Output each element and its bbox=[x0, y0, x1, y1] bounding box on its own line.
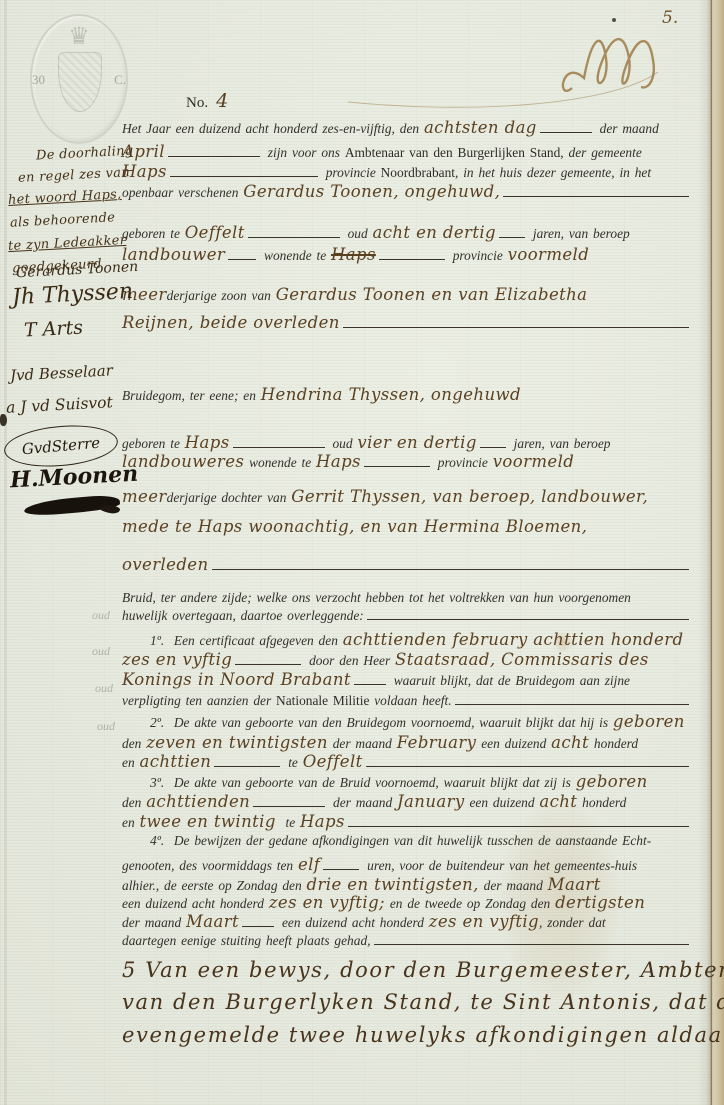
fill-rule bbox=[366, 766, 689, 767]
fill-rule bbox=[170, 176, 318, 177]
act-line-17: 1º. Een certificaat afgegeven den achtti… bbox=[122, 630, 692, 649]
handwritten-text: February bbox=[397, 733, 477, 752]
bleedthrough-text: oud bbox=[97, 719, 115, 734]
act-line-27: 4º. De bewijzen der gedane afkondigingen… bbox=[122, 833, 692, 849]
printed-text: derjarige dochter van bbox=[167, 490, 292, 506]
printed-text: uren, voor de buitendeur van het gemeent… bbox=[362, 858, 637, 874]
bleedthrough-text: oud bbox=[95, 681, 113, 696]
printed-text: Bruidegom, ter eene; en bbox=[122, 388, 261, 404]
printed-text: verpligting ten aanzien der bbox=[122, 693, 276, 709]
act-line-23: en achttien te Oeffelt bbox=[122, 752, 692, 771]
printed-text: provincie bbox=[321, 165, 381, 181]
handwritten-text: achttien bbox=[140, 752, 212, 771]
fill-rule bbox=[248, 237, 340, 238]
printed-text: waaruit blijkt, dat de Bruidegom aan zij… bbox=[389, 673, 630, 689]
fill-rule bbox=[343, 327, 689, 328]
act-line-26: en twee en twintig te Haps bbox=[122, 812, 692, 831]
printed-text: alhier., de eerste op Zondag den bbox=[122, 878, 307, 894]
handwritten-text: zes en vyftig bbox=[429, 912, 539, 931]
act-line-9: Bruidegom, ter eene; en Hendrina Thyssen… bbox=[122, 385, 692, 404]
printed-text: der maand bbox=[595, 121, 659, 137]
act-line-34: van den Burgerlyken Stand, te Sint Anton… bbox=[122, 990, 692, 1014]
printed-text: voldaan heeft. bbox=[369, 693, 451, 709]
act-line-5: geboren te Oeffelt oud acht en dertig ja… bbox=[122, 223, 692, 242]
printed-text: provincie bbox=[448, 248, 508, 264]
handwritten-text: Konings in Noord Brabant bbox=[122, 670, 351, 689]
act-line-25: den achttienden der maand January een du… bbox=[122, 792, 692, 811]
act-line-10: geboren te Haps oud vier en dertig jaren… bbox=[122, 433, 692, 452]
printed-text: geboren te bbox=[122, 226, 185, 242]
fill-rule bbox=[348, 826, 689, 827]
act-line-11: landbouweres wonende te Haps provincie v… bbox=[122, 452, 692, 471]
act-line-13: mede te Haps woonachtig, en van Hermina … bbox=[122, 517, 692, 536]
handwritten-text: dertigsten bbox=[555, 893, 645, 912]
handwritten-text: voormeld bbox=[508, 245, 590, 264]
document-page: ♛ 30 C. 5. No. 4 Het Jaar een duizend ac… bbox=[0, 0, 724, 1105]
handwritten-text: Haps bbox=[316, 452, 361, 471]
printed-text: een duizend acht honderd bbox=[122, 896, 269, 912]
printed-text: Het Jaar een duizend acht honderd zes-en… bbox=[122, 121, 424, 137]
act-line-18: zes en vyftig door den Heer Staatsraad, … bbox=[122, 650, 692, 669]
printed-text: der maand bbox=[122, 915, 186, 931]
printed-text: honderd bbox=[577, 795, 626, 811]
printed-text: den bbox=[122, 795, 146, 811]
act-line-3: Haps provincie Noordbrabant, in het huis… bbox=[122, 162, 692, 181]
handwritten-text: zes en vyftig; bbox=[269, 893, 385, 912]
printed-text: wonende te bbox=[259, 248, 331, 264]
act-line-21: 2º. De akte van geboorte van den Bruideg… bbox=[122, 712, 692, 731]
handwritten-text: vier en dertig bbox=[357, 433, 476, 452]
act-line-24: 3º. De akte van geboorte van de Bruid vo… bbox=[122, 772, 692, 791]
handwritten-text: Gerrit Thyssen, van beroep, landbouwer, bbox=[291, 487, 648, 506]
printed-text: Noordbrabant, bbox=[381, 165, 459, 181]
printed-text: derjarige zoon van bbox=[167, 288, 276, 304]
printed-text: der maand bbox=[328, 736, 397, 752]
fill-rule bbox=[214, 766, 280, 767]
handwritten-text: overleden bbox=[122, 555, 209, 574]
handwritten-text: elf bbox=[298, 855, 320, 874]
handwritten-text: acht bbox=[539, 792, 577, 811]
fill-rule bbox=[228, 259, 256, 260]
printed-text: en bbox=[122, 815, 140, 831]
handwritten-text: acht bbox=[551, 733, 589, 752]
printed-text: honderd bbox=[589, 736, 638, 752]
fill-rule bbox=[374, 944, 690, 945]
handwritten-text: mede te Haps woonachtig, en van Hermina … bbox=[122, 517, 587, 536]
handwritten-text: achttienden bbox=[146, 792, 250, 811]
printed-text: door den Heer bbox=[304, 653, 395, 669]
printed-text: zijn voor ons bbox=[263, 145, 345, 161]
bleedthrough-text: oud bbox=[92, 644, 110, 659]
printed-text: geboren te bbox=[122, 436, 185, 452]
act-line-8: Reijnen, beide overleden bbox=[122, 313, 692, 332]
handwritten-text: 5 Van een bewys, door den Burgemeester, … bbox=[122, 958, 724, 982]
printed-text: en bbox=[122, 755, 140, 771]
fill-rule bbox=[480, 447, 506, 448]
act-line-35: evengemelde twee huwelyks afkondigingen … bbox=[122, 1023, 692, 1047]
bleedthrough-text: oud bbox=[92, 608, 110, 623]
fill-rule bbox=[323, 869, 359, 870]
handwritten-text: achttienden february achttien honderd bbox=[343, 630, 684, 649]
act-line-12: meerderjarige dochter van Gerrit Thyssen… bbox=[122, 487, 692, 506]
printed-text: openbaar verschenen bbox=[122, 185, 243, 201]
handwritten-text: Gerardus Toonen, ongehuwd, bbox=[243, 182, 500, 201]
fill-rule bbox=[253, 806, 325, 807]
handwritten-text: Gerardus Toonen en van Elizabetha bbox=[276, 285, 588, 304]
printed-text: der maand bbox=[328, 795, 397, 811]
act-line-28: genooten, des voormiddags ten elf uren, … bbox=[122, 855, 692, 874]
fill-rule bbox=[499, 237, 525, 238]
act-line-16: huwelijk overtegaan, daartoe overleggend… bbox=[122, 608, 692, 624]
handwritten-text: acht en dertig bbox=[373, 223, 497, 242]
printed-text: der maand bbox=[479, 878, 548, 894]
handwritten-text: geboren bbox=[576, 772, 648, 791]
handwritten-text: Oeffelt bbox=[303, 752, 363, 771]
printed-text: oud bbox=[343, 226, 373, 242]
handwritten-text: voormeld bbox=[493, 452, 575, 471]
printed-text: oud bbox=[328, 436, 358, 452]
printed-text: te bbox=[276, 815, 300, 831]
fill-rule bbox=[367, 619, 689, 620]
printed-text: 1º. Een certificaat afgegeven den bbox=[150, 633, 343, 649]
act-line-7: meerderjarige zoon van Gerardus Toonen e… bbox=[122, 285, 692, 304]
handwritten-text: January bbox=[397, 792, 465, 811]
printed-text: huwelijk overtegaan, daartoe overleggend… bbox=[122, 608, 364, 624]
handwritten-text: Hendrina Thyssen, ongehuwd bbox=[261, 385, 521, 404]
act-line-33: 5 Van een bewys, door den Burgemeester, … bbox=[122, 958, 692, 982]
printed-text: der gemeente bbox=[564, 145, 642, 161]
handwritten-text: geboren bbox=[613, 712, 685, 731]
act-line-20: verpligting ten aanzien der Nationale Mi… bbox=[122, 693, 692, 709]
printed-text: wonende te bbox=[244, 455, 316, 471]
handwritten-text: landbouweres bbox=[122, 452, 244, 471]
handwritten-text: meer bbox=[122, 487, 167, 506]
printed-text: 2º. De akte van geboorte van den Bruideg… bbox=[150, 715, 613, 731]
handwritten-text: drie en twintigsten, bbox=[307, 875, 479, 894]
printed-text: jaren, van beroep bbox=[509, 436, 611, 452]
fill-rule bbox=[235, 664, 301, 665]
fill-rule bbox=[455, 704, 689, 705]
act-line-2: April zijn voor ons Ambtenaar van den Bu… bbox=[122, 142, 692, 161]
printed-text: jaren, van beroep bbox=[528, 226, 630, 242]
printed-text: , zonder dat bbox=[539, 915, 606, 931]
fill-rule bbox=[379, 259, 445, 260]
act-line-19: Konings in Noord Brabant waaruit blijkt,… bbox=[122, 670, 692, 689]
handwritten-text: twee en twintig bbox=[140, 812, 276, 831]
printed-text: 3º. De akte van geboorte van de Bruid vo… bbox=[150, 775, 576, 791]
printed-text: te bbox=[283, 755, 302, 771]
printed-text: den bbox=[122, 736, 146, 752]
handwritten-text: van den Burgerlyken Stand, te Sint Anton… bbox=[122, 990, 724, 1014]
act-line-14: overleden bbox=[122, 555, 692, 574]
act-line-6: landbouwer wonende te Haps provincie voo… bbox=[122, 245, 692, 264]
handwritten-text: Reijnen, beide overleden bbox=[122, 313, 340, 332]
handwritten-text: zeven en twintigsten bbox=[146, 733, 328, 752]
fill-rule bbox=[242, 926, 274, 927]
printed-text: daartegen eenige stuiting heeft plaats g… bbox=[122, 933, 371, 949]
act-line-29: alhier., de eerste op Zondag den drie en… bbox=[122, 875, 692, 894]
printed-text: Nationale Militie bbox=[276, 693, 369, 709]
fill-rule bbox=[354, 684, 386, 685]
fill-rule bbox=[168, 156, 260, 157]
handwritten-text: evengemelde twee huwelyks afkondigingen … bbox=[122, 1023, 724, 1047]
signature: T Arts bbox=[23, 316, 83, 341]
printed-text: provincie bbox=[433, 455, 493, 471]
handwritten-text: Haps bbox=[331, 245, 376, 264]
printed-text: Ambtenaar van den Burgerlijken Stand, bbox=[345, 145, 564, 161]
handwritten-text: Oeffelt bbox=[185, 223, 245, 242]
printed-text: in het huis dezer gemeente, in het bbox=[458, 165, 651, 181]
act-line-15: Bruid, ter andere zijde; welke ons verzo… bbox=[122, 590, 692, 606]
handwritten-text: Staatsraad, Commissaris des bbox=[395, 650, 649, 669]
act-line-31: der maand Maart een duizend acht honderd… bbox=[122, 912, 692, 931]
handwritten-text: Maart bbox=[186, 912, 239, 931]
act-line-1: Het Jaar een duizend acht honderd zes-en… bbox=[122, 118, 692, 137]
fill-rule bbox=[364, 466, 430, 467]
handwritten-text: Maart bbox=[548, 875, 601, 894]
printed-text: genooten, des voormiddags ten bbox=[122, 858, 298, 874]
act-line-4: openbaar verschenen Gerardus Toonen, ong… bbox=[122, 182, 692, 201]
printed-text: een duizend bbox=[476, 736, 551, 752]
printed-text: Bruid, ter andere zijde; welke ons verzo… bbox=[122, 590, 631, 606]
fill-rule bbox=[503, 196, 689, 197]
handwritten-text: zes en vyftig bbox=[122, 650, 232, 669]
printed-text: een duizend acht honderd bbox=[277, 915, 429, 931]
handwritten-text: Haps bbox=[300, 812, 345, 831]
printed-text: en de tweede op Zondag den bbox=[385, 896, 555, 912]
act-line-32: daartegen eenige stuiting heeft plaats g… bbox=[122, 933, 692, 949]
act-line-30: een duizend acht honderd zes en vyftig; … bbox=[122, 893, 692, 912]
fill-rule bbox=[233, 447, 325, 448]
fill-rule bbox=[540, 132, 592, 133]
act-line-22: den zeven en twintigsten der maand Febru… bbox=[122, 733, 692, 752]
handwritten-text: Haps bbox=[185, 433, 230, 452]
printed-text: een duizend bbox=[465, 795, 540, 811]
printed-text: 4º. De bewijzen der gedane afkondigingen… bbox=[150, 833, 651, 849]
handwritten-text: achtsten dag bbox=[424, 118, 537, 137]
fill-rule bbox=[212, 569, 689, 570]
